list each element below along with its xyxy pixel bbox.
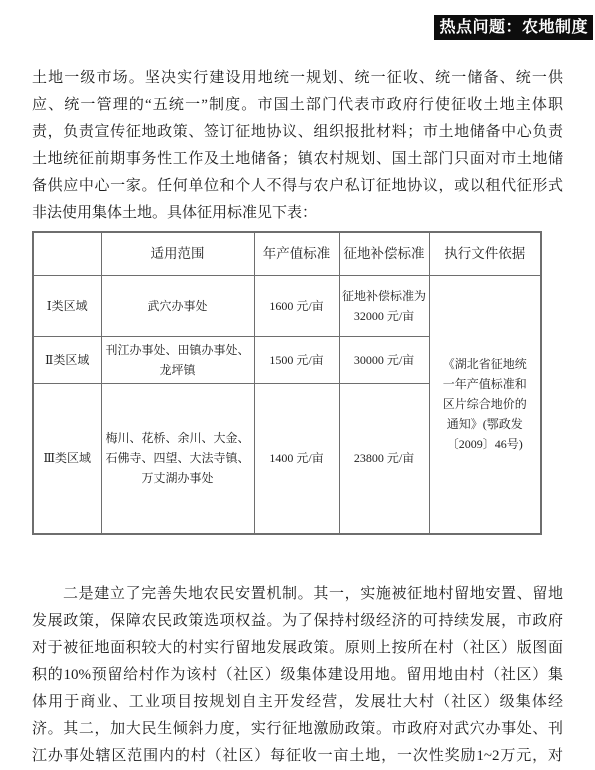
annual-value-cell: 1500 元/亩 bbox=[254, 336, 339, 383]
region-cell: Ⅲ类区域 bbox=[33, 383, 101, 534]
annual-value-cell: 1400 元/亩 bbox=[254, 383, 339, 534]
compensation-cell: 30000 元/亩 bbox=[339, 336, 429, 383]
text-line: 土地统征前期事务性工作及土地储备；镇农村规划、国土部门只面对市土地储 bbox=[32, 146, 563, 173]
text-line: 济。其二，加大民生倾斜力度，实行征地激励政策。市政府对武穴办事处、刊 bbox=[32, 716, 563, 743]
scope-cell: 梅川、花桥、余川、大金、石佛寺、四望、大法寺镇、万丈湖办事处 bbox=[101, 383, 254, 534]
compensation-standards-table: 适用范围 年产值标准 征地补偿标准 执行文件依据 Ⅰ类区域 武穴办事处 1600… bbox=[32, 231, 542, 535]
paragraph-1: 土地一级市场。坚决实行建设用地统一规划、统一征收、统一储备、统一供 应、统一管理… bbox=[32, 65, 563, 227]
text-line: 二是建立了完善失地农民安置机制。其一，实施被征地村留地安置、留地 bbox=[32, 581, 563, 608]
table-row: Ⅰ类区域 武穴办事处 1600 元/亩 征地补偿标准为 32000 元/亩 《湖… bbox=[33, 275, 541, 336]
scope-cell: 武穴办事处 bbox=[101, 275, 254, 336]
header-cell-region bbox=[33, 232, 101, 275]
region-cell: Ⅱ类区域 bbox=[33, 336, 101, 383]
scope-cell: 刊江办事处、田镇办事处、龙坪镇 bbox=[101, 336, 254, 383]
header-cell-compensation: 征地补偿标准 bbox=[339, 232, 429, 275]
text-line: 土地一级市场。坚决实行建设用地统一规划、统一征收、统一储备、统一供 bbox=[32, 65, 563, 92]
header-cell-document-basis: 执行文件依据 bbox=[429, 232, 541, 275]
annual-value-cell: 1600 元/亩 bbox=[254, 275, 339, 336]
header-cell-scope: 适用范围 bbox=[101, 232, 254, 275]
header-cell-annual-value: 年产值标准 bbox=[254, 232, 339, 275]
text-line: 非法使用集体土地。具体征用标准见下表： bbox=[32, 200, 563, 227]
table-header-row: 适用范围 年产值标准 征地补偿标准 执行文件依据 bbox=[33, 232, 541, 275]
text-line: 江办事处辖区范围内的村（社区）每征收一亩土地，一次性奖励1~2万元，对 bbox=[32, 743, 563, 770]
document-page: 热点问题：农地制度 土地一级市场。坚决实行建设用地统一规划、统一征收、统一储备、… bbox=[0, 0, 595, 770]
compensation-cell: 征地补偿标准为 32000 元/亩 bbox=[339, 275, 429, 336]
paragraph-2: 二是建立了完善失地农民安置机制。其一，实施被征地村留地安置、留地 发展政策，保障… bbox=[32, 581, 563, 770]
text-line: 积的10%预留给村作为该村（社区）级集体建设用地。留用地由村（社区）集 bbox=[32, 662, 563, 689]
compensation-cell: 23800 元/亩 bbox=[339, 383, 429, 534]
text-line: 体用于商业、工业项目按规划自主开发经营，发展壮大村（社区）级集体经 bbox=[32, 689, 563, 716]
document-basis-cell: 《湖北省征地统 一年产值标准和 区片综合地价的 通知》(鄂政发 〔2009〕46… bbox=[429, 275, 541, 534]
topic-badge: 热点问题：农地制度 bbox=[434, 15, 593, 40]
region-cell: Ⅰ类区域 bbox=[33, 275, 101, 336]
text-line: 责，负责宣传征地政策、签订征地协议、组织报批材料；市土地储备中心负责 bbox=[32, 119, 563, 146]
text-line: 对于被征地面积较大的村实行留地发展政策。原则上按所在村（社区）版图面 bbox=[32, 635, 563, 662]
text-line: 应、统一管理的“五统一”制度。市国土部门代表市政府行使征收土地主体职 bbox=[32, 92, 563, 119]
text-line: 发展政策，保障农民政策选项权益。为了保持村级经济的可持续发展，市政府 bbox=[32, 608, 563, 635]
text-line: 备供应中心一家。任何单位和个人不得与农户私订征地协议，或以租代征形式 bbox=[32, 173, 563, 200]
